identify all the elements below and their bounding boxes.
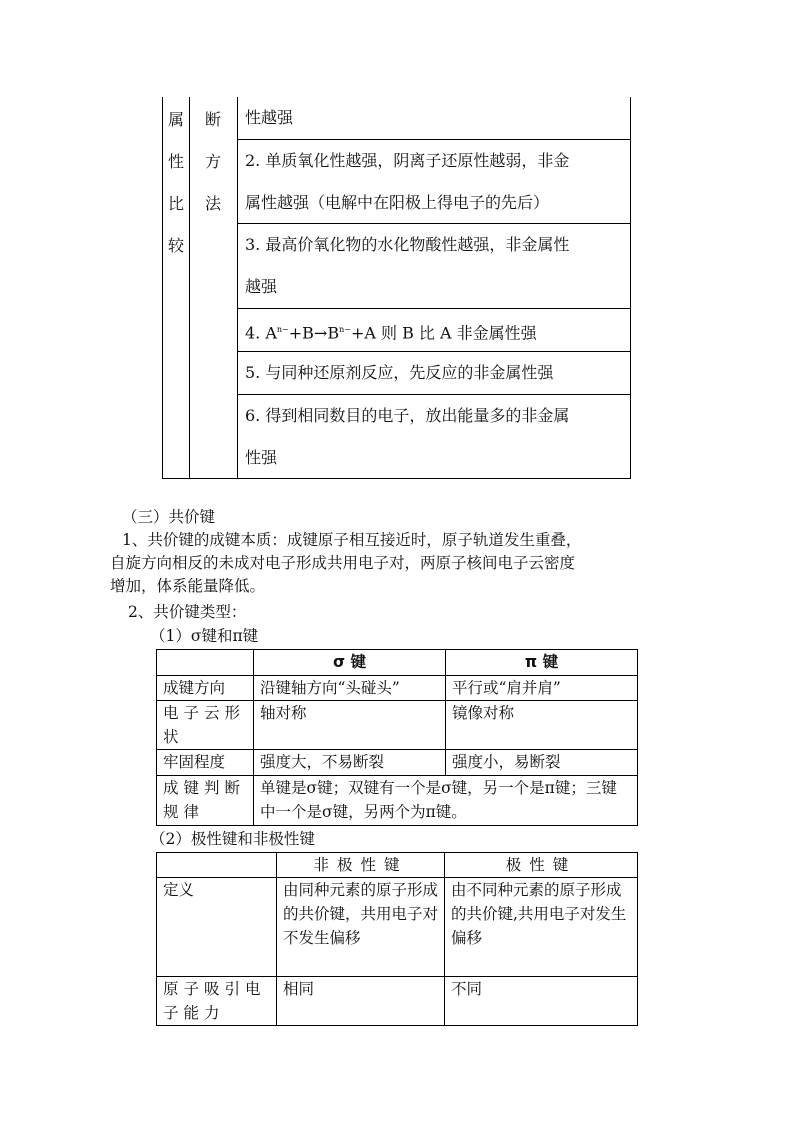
cell: 强度小，易断裂 bbox=[446, 750, 638, 776]
table-border bbox=[237, 97, 238, 479]
row-label: 牢固程度 bbox=[157, 750, 254, 776]
table-row: 牢固程度 强度大，不易断裂 强度小，易断裂 bbox=[157, 750, 638, 776]
table-border bbox=[162, 478, 631, 479]
method-text: 4. An−+B→Bn−+A 则 B 比 A 非金属性强 bbox=[245, 309, 537, 354]
method-char: 法 bbox=[203, 191, 223, 214]
row-label: 原子吸引电子能力 bbox=[157, 977, 277, 1026]
paragraph-line: 自旋方向相反的未成对电子形成共用电子对，两原子核间电子云密度 bbox=[110, 552, 575, 574]
header-cell: π 键 bbox=[446, 650, 638, 676]
category-char: 性 bbox=[166, 149, 186, 172]
category-char: 较 bbox=[166, 233, 186, 256]
table-row: 定义 由同种元素的原子形成的共价键，共用电子对不发生偏移 由不同种元素的原子形成… bbox=[157, 878, 638, 977]
cell: 平行或“肩并肩” bbox=[446, 676, 638, 701]
cell: 沿键轴方向“头碰头” bbox=[254, 676, 446, 701]
header-cell: 极性键 bbox=[445, 853, 638, 878]
subsection-heading: （2）极性键和非极性键 bbox=[150, 828, 315, 850]
cell: 镜像对称 bbox=[446, 701, 638, 750]
table-border bbox=[189, 97, 190, 479]
header-cell: 非极性键 bbox=[277, 853, 445, 878]
section-heading: （三）共价键 bbox=[122, 506, 215, 528]
nonmetal-comparison-table: 属 性 比 较 断 方 法 性越强 2. 单质氧化性越强，阴离子还原性越弱，非金… bbox=[162, 97, 631, 479]
row-label: 电子云形状 bbox=[157, 701, 254, 750]
table-header-row: σ 键 π 键 bbox=[157, 650, 638, 676]
method-text: 越强 bbox=[245, 266, 277, 308]
row-label: 定义 bbox=[157, 878, 277, 977]
cell: 相同 bbox=[277, 977, 445, 1026]
table-row: 成键判断规律 单键是σ键；双键有一个是σ键，另一个是π键；三键中一个是σ键，另两… bbox=[157, 776, 638, 826]
method-text: 5. 与同种还原剂反应，先反应的非金属性强 bbox=[245, 352, 553, 394]
method-text: 6. 得到相同数目的电子，放出能量多的非金属 bbox=[245, 395, 569, 437]
cell: 由同种元素的原子形成的共价键，共用电子对不发生偏移 bbox=[277, 878, 445, 977]
cell: 轴对称 bbox=[254, 701, 446, 750]
polar-nonpolar-table: 非极性键 极性键 定义 由同种元素的原子形成的共价键，共用电子对不发生偏移 由不… bbox=[156, 852, 638, 1026]
cell: 不同 bbox=[445, 977, 638, 1026]
table-row: 电子云形状 轴对称 镜像对称 bbox=[157, 701, 638, 750]
method-text: 性越强 bbox=[245, 97, 293, 139]
cell: 强度大，不易断裂 bbox=[254, 750, 446, 776]
header-cell: σ 键 bbox=[254, 650, 446, 676]
method-text: 2. 单质氧化性越强，阴离子还原性越弱，非金 bbox=[245, 140, 569, 182]
method-char: 断 bbox=[203, 107, 223, 130]
paragraph-line: 2、共价键类型： bbox=[128, 601, 246, 623]
cell: 由不同种元素的原子形成的共价键,共用电子对发生偏移 bbox=[445, 878, 638, 977]
paragraph-line: 1、共价键的成键本质：成键原子相互接近时，原子轨道发生重叠， bbox=[122, 529, 581, 551]
row-label: 成键方向 bbox=[157, 676, 254, 701]
row-label: 成键判断规律 bbox=[157, 776, 254, 826]
category-char: 比 bbox=[166, 191, 186, 214]
method-text: 性强 bbox=[245, 437, 277, 479]
header-cell bbox=[157, 853, 277, 878]
method-char: 方 bbox=[203, 149, 223, 172]
table-border bbox=[162, 97, 163, 479]
cell: 单键是σ键；双键有一个是σ键，另一个是π键；三键中一个是σ键，另两个为π键。 bbox=[254, 776, 638, 826]
paragraph-line: 增加，体系能量降低。 bbox=[110, 575, 265, 597]
table-border bbox=[630, 97, 631, 479]
table-header-row: 非极性键 极性键 bbox=[157, 853, 638, 878]
sigma-pi-table: σ 键 π 键 成键方向 沿键轴方向“头碰头” 平行或“肩并肩” 电子云形状 轴… bbox=[156, 649, 638, 826]
header-cell bbox=[157, 650, 254, 676]
method-text: 3. 最高价氧化物的水化物酸性越强，非金属性 bbox=[245, 224, 569, 266]
table-row: 成键方向 沿键轴方向“头碰头” 平行或“肩并肩” bbox=[157, 676, 638, 701]
method-text: 属性越强（电解中在阳极上得电子的先后） bbox=[245, 182, 549, 224]
table-row: 原子吸引电子能力 相同 不同 bbox=[157, 977, 638, 1026]
category-char: 属 bbox=[166, 107, 186, 130]
subsection-heading: （1）σ键和π键 bbox=[150, 625, 258, 647]
